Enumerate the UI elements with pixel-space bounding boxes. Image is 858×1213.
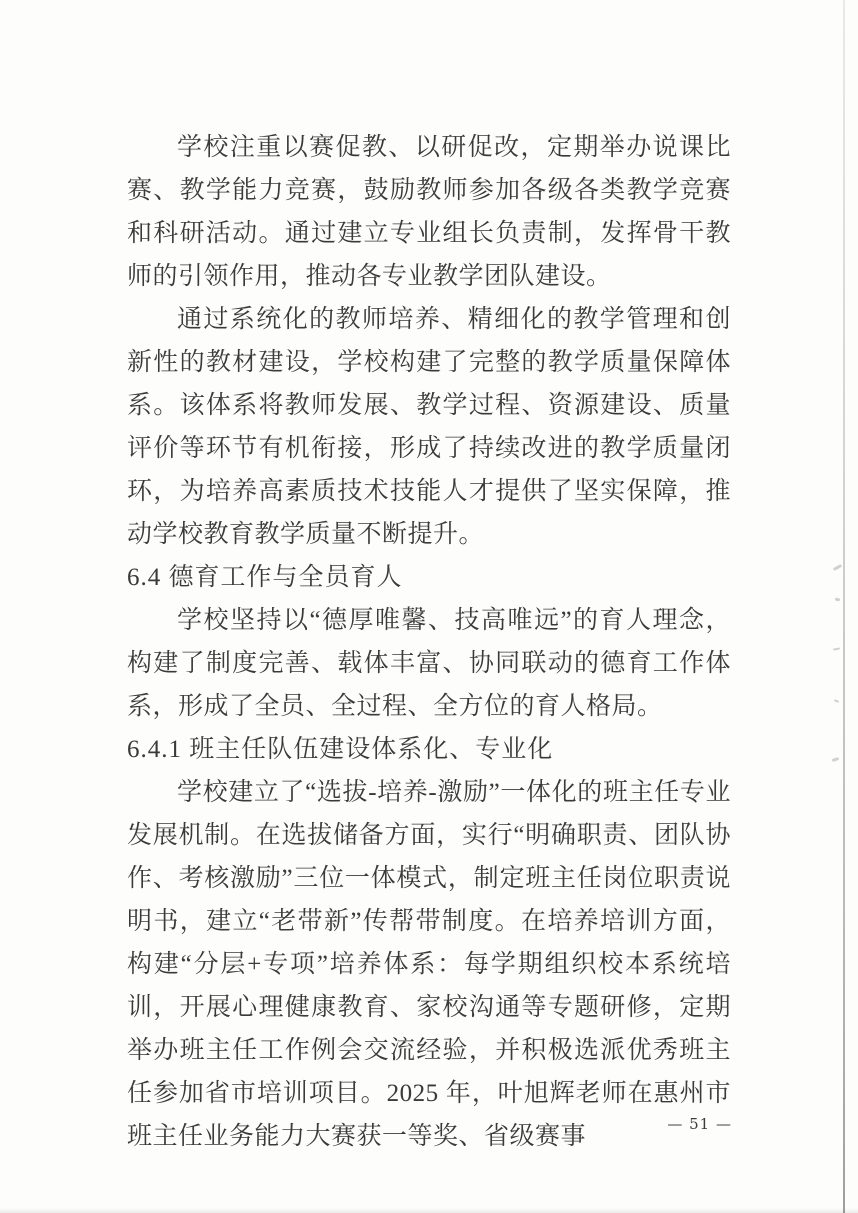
scan-artifact: [832, 757, 840, 762]
document-body: 学校注重以赛促教、以研促改，定期举办说课比赛、教学能力竞赛，鼓励教师参加各级各类…: [127, 126, 731, 1158]
scan-bottom-shadow: [0, 1208, 858, 1213]
scan-artifact: [833, 647, 840, 650]
scan-page-edge-line: [843, 0, 845, 1213]
paragraph-moral-education: 学校坚持以“德厚唯馨、技高唯远”的育人理念，构建了制度完善、载体丰富、协同联动的…: [127, 599, 731, 728]
heading-section-6-4: 6.4 德育工作与全员育人: [127, 556, 731, 599]
scanned-document-page: 学校注重以赛促教、以研促改，定期举办说课比赛、教学能力竞赛，鼓励教师参加各级各类…: [0, 0, 858, 1213]
paragraph-head-teacher-team: 学校建立了“选拔-培养-激励”一体化的班主任专业发展机制。在选拔储备方面，实行“…: [127, 771, 731, 1158]
page-number: — 51 —: [667, 1115, 732, 1133]
heading-section-6-4-1: 6.4.1 班主任队伍建设体系化、专业化: [127, 728, 731, 771]
paragraph-quality-assurance-system: 通过系统化的教师培养、精细化的教学管理和创新性的教材建设，学校构建了完整的教学质…: [127, 298, 731, 556]
scan-artifact: [834, 699, 839, 703]
paragraph-teaching-competitions: 学校注重以赛促教、以研促改，定期举办说课比赛、教学能力竞赛，鼓励教师参加各级各类…: [127, 126, 731, 298]
scan-artifact: [835, 597, 841, 601]
scan-artifact: [833, 564, 842, 571]
